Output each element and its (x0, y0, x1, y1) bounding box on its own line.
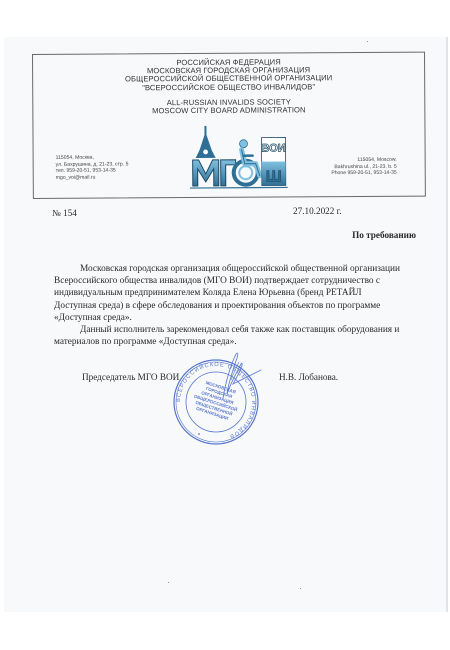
tower-icon (195, 126, 215, 158)
document-purpose: По требованию (352, 230, 416, 240)
scan-speck (168, 582, 169, 583)
signatory-title: Председатель МГО ВОИ (82, 372, 179, 382)
organization-name-block: РОССИЙСКАЯ ФЕДЕРАЦИЯ МОСКОВСКАЯ ГОРОДСКА… (33, 58, 424, 117)
mgo-voi-logo: ВОИ Ш (189, 123, 287, 190)
scan-speck (367, 41, 368, 42)
signatory-name: Н.В. Лобанова. (279, 372, 338, 382)
letterhead-box: РОССИЙСКАЯ ФЕДЕРАЦИЯ МОСКОВСКАЯ ГОРОДСКА… (32, 52, 426, 199)
document-number: № 154 (52, 208, 77, 218)
body-paragraph: Московская городская организация общерос… (54, 263, 406, 324)
org-line-en: MOSCOW CITY BOARD ADMINISTRATION (33, 106, 424, 117)
svg-text:Ш: Ш (266, 168, 282, 185)
scan-speck (300, 588, 301, 589)
wheelchair-icon (234, 140, 260, 185)
handwritten-signature (195, 350, 265, 400)
body-paragraph: Данный исполнитель зарекомендовал себя т… (54, 324, 406, 348)
address-russian: 115054, Москва, ул. Бахрушина, д. 21-23,… (56, 154, 129, 181)
document-date: 27.10.2022 г. (293, 206, 342, 216)
email-address: mgo_voi@mail.ru (56, 174, 129, 181)
svg-text:ВОИ: ВОИ (261, 142, 285, 154)
letter-body: Московская городская организация общерос… (54, 263, 406, 348)
address-english: 115054, Moscow, Bakhrushina ul., 21-23, … (331, 157, 397, 177)
